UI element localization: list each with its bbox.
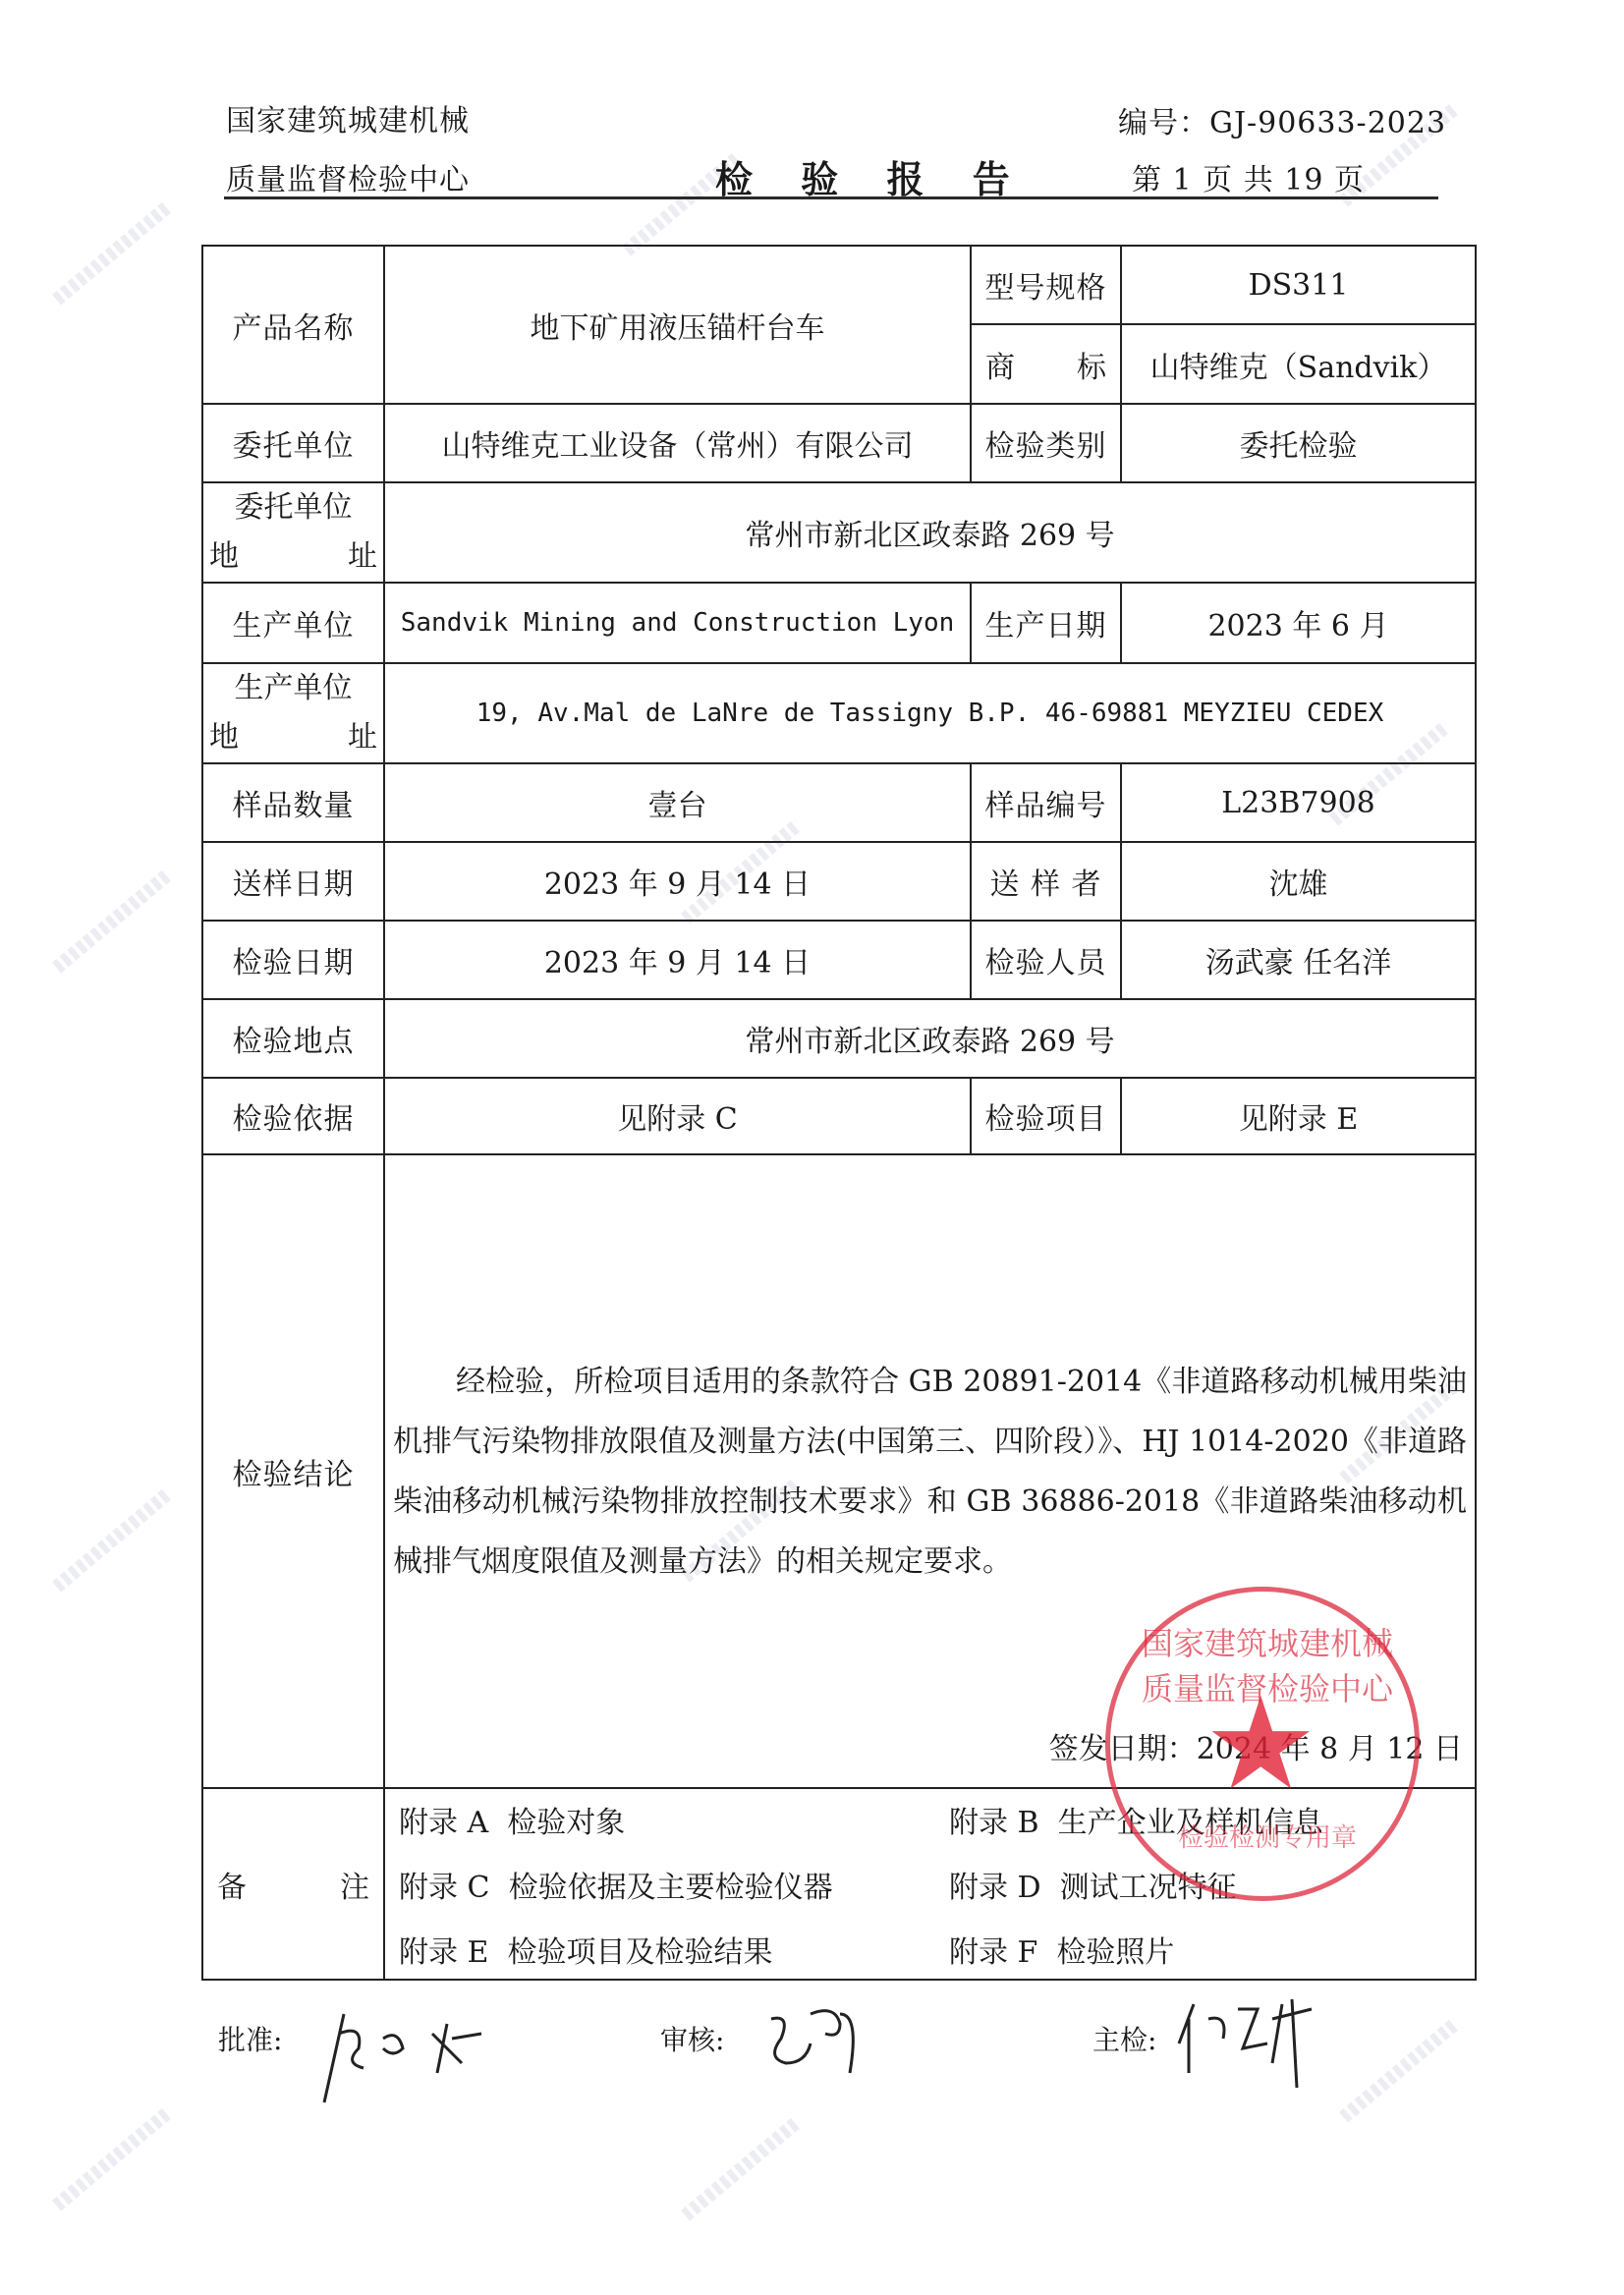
sample-no-value: L23B7908 [1121, 763, 1476, 842]
model-value: DS311 [1121, 246, 1476, 324]
manufacturer-value: Sandvik Mining and Construction Lyon [384, 583, 971, 663]
production-date-label: 生产日期 [971, 583, 1121, 663]
client-address-value: 常州市新北区政泰路 269 号 [384, 482, 1476, 583]
client-label: 委托单位 [202, 404, 384, 482]
basis-label: 检验依据 [202, 1078, 384, 1154]
watermark [52, 1486, 174, 1592]
inspectors-value: 汤武豪 任名洋 [1121, 921, 1476, 999]
inspection-location-label: 检验地点 [202, 999, 384, 1078]
product-name-value: 地下矿用液压锚杆台车 [384, 246, 971, 404]
appendix-d: 附录 D 测试工况特征 [949, 1863, 1469, 1906]
product-name-label: 产品名称 [202, 246, 384, 404]
items-value: 见附录 E [1121, 1078, 1476, 1154]
reviewer-signature [756, 1994, 894, 2093]
watermark [52, 868, 174, 973]
watermark [681, 2115, 803, 2220]
page-title: 检 验 报 告 [715, 149, 1028, 203]
deliverer-label: 送 样 者 [971, 842, 1121, 921]
header-rule [224, 196, 1438, 199]
appendix-b: 附录 B 生产企业及样机信息 [949, 1798, 1469, 1841]
org-name-line2: 质量监督检验中心 [226, 155, 470, 198]
review-label: 审核: [660, 2019, 724, 2058]
sample-qty-value: 壹台 [384, 763, 971, 842]
issue-date: 签发日期：2024 年 8 月 12 日 [1049, 1724, 1463, 1767]
inspection-type-label: 检验类别 [971, 404, 1121, 482]
appendix-c: 附录 C 检验依据及主要检验仪器 [399, 1863, 949, 1906]
conclusion-cell: 经检验，所检项目适用的条款符合 GB 20891-2014《非道路移动机械用柴油… [384, 1154, 1476, 1788]
conclusion-label: 检验结论 [202, 1154, 384, 1788]
chief-inspector-signature [1174, 1989, 1351, 2098]
delivery-date-value: 2023 年 9 月 14 日 [384, 842, 971, 921]
brand-value: 山特维克（Sandvik） [1121, 324, 1476, 404]
report-number: 编号：GJ-90633-2023 [1118, 98, 1446, 141]
model-label: 型号规格 [971, 246, 1121, 324]
manufacturer-address-value: 19, Av.Mal de LaNre de Tassigny B.P. 46-… [384, 663, 1476, 763]
manufacturer-address-label: 生产单位 地址 [202, 663, 384, 763]
sample-no-label: 样品编号 [971, 763, 1121, 842]
delivery-date-label: 送样日期 [202, 842, 384, 921]
inspection-type-value: 委托检验 [1121, 404, 1476, 482]
approver-signature [305, 1994, 531, 2112]
approve-label: 批准: [218, 2019, 282, 2058]
sample-qty-label: 样品数量 [202, 763, 384, 842]
appendix-a: 附录 A 检验对象 [399, 1798, 949, 1841]
watermark [52, 2105, 174, 2211]
inspectors-label: 检验人员 [971, 921, 1121, 999]
inspection-date-label: 检验日期 [202, 921, 384, 999]
client-address-label: 委托单位 地址 [202, 482, 384, 583]
watermark [52, 199, 174, 305]
production-date-value: 2023 年 6 月 [1121, 583, 1476, 663]
deliverer-value: 沈雄 [1121, 842, 1476, 921]
notes-cell: 附录 A 检验对象 附录 B 生产企业及样机信息 附录 C 检验依据及主要检验仪… [384, 1788, 1476, 1980]
items-label: 检验项目 [971, 1078, 1121, 1154]
appendix-e: 附录 E 检验项目及检验结果 [399, 1928, 949, 1971]
appendix-f: 附录 F 检验照片 [949, 1928, 1469, 1971]
org-name-line1: 国家建筑城建机械 [226, 96, 470, 140]
watermark [1339, 2017, 1461, 2122]
notes-label: 备注 [202, 1788, 384, 1980]
basis-value: 见附录 C [384, 1078, 971, 1154]
report-table: 产品名称 地下矿用液压锚杆台车 型号规格 DS311 商标 山特维克（Sandv… [201, 245, 1477, 1981]
inspection-location-value: 常州市新北区政泰路 269 号 [384, 999, 1476, 1078]
page-info: 第 1 页 共 19 页 [1132, 155, 1365, 198]
conclusion-text: 经检验，所检项目适用的条款符合 GB 20891-2014《非道路移动机械用柴油… [393, 1352, 1467, 1592]
chief-inspector-label: 主检: [1092, 2019, 1156, 2058]
client-value: 山特维克工业设备（常州）有限公司 [384, 404, 971, 482]
manufacturer-label: 生产单位 [202, 583, 384, 663]
inspection-date-value: 2023 年 9 月 14 日 [384, 921, 971, 999]
brand-label: 商标 [971, 324, 1121, 404]
